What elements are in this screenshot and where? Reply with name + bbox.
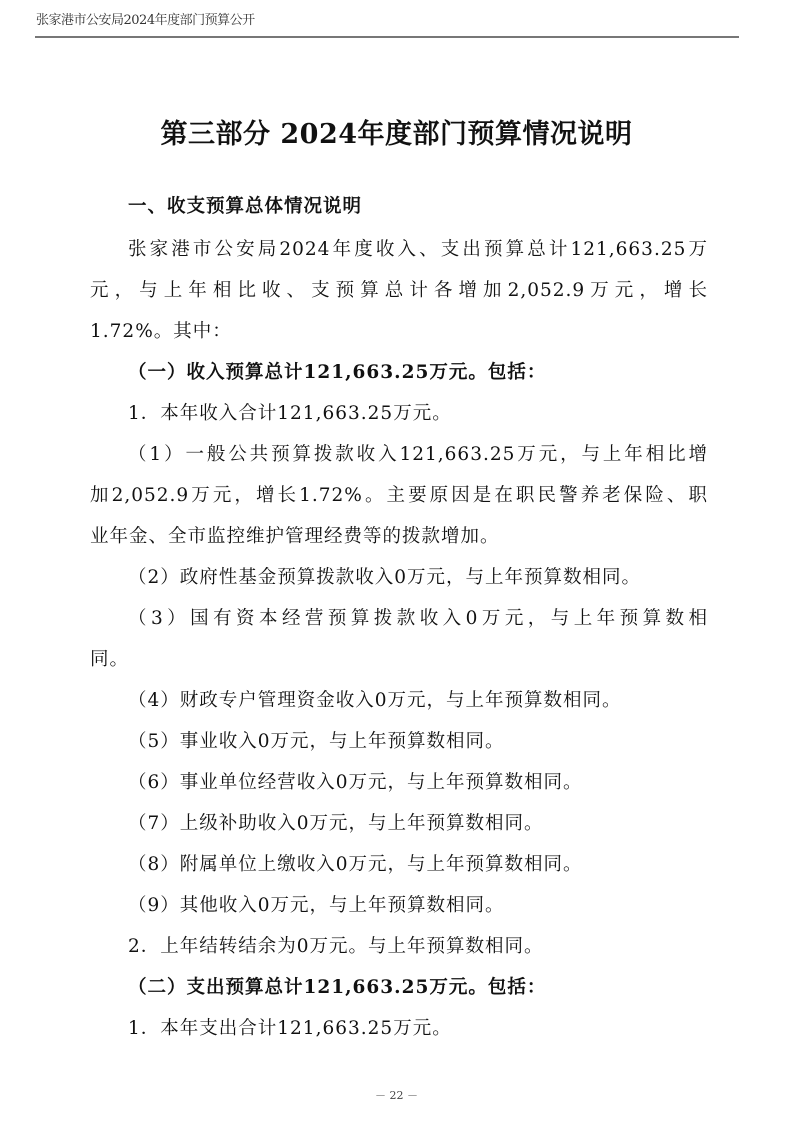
header-divider bbox=[35, 36, 739, 38]
income-sub-2: （2）政府性基金预算拨款收入0万元，与上年预算数相同。 bbox=[128, 563, 746, 589]
expenditure-item-1: 1．本年支出合计121,663.25万元。 bbox=[128, 1014, 746, 1040]
income-item-2: 2．上年结转结余为0万元。与上年预算数相同。 bbox=[128, 932, 746, 958]
page-title: 第三部分 2024年度部门预算情况说明 bbox=[0, 112, 793, 151]
intro-line-2: 元，与上年相比收、支预算总计各增加2,052.9万元，增长 bbox=[90, 276, 708, 302]
income-sub-3-line-2: 同。 bbox=[90, 645, 708, 671]
intro-line-1: 张家港市公安局2024年度收入、支出预算总计121,663.25万 bbox=[128, 235, 708, 261]
income-sub-7: （7）上级补助收入0万元，与上年预算数相同。 bbox=[128, 809, 746, 835]
intro-line-3: 1.72%。其中： bbox=[90, 317, 708, 343]
income-sub-3-line-1: （3）国有资本经营预算拨款收入0万元，与上年预算数相 bbox=[128, 604, 708, 630]
income-heading: （一）收入预算总计121,663.25万元。包括： bbox=[128, 358, 746, 384]
income-sub-1-line-3: 业年金、全市监控维护管理经费等的拨款增加。 bbox=[90, 522, 708, 548]
income-sub-8: （8）附属单位上缴收入0万元，与上年预算数相同。 bbox=[128, 850, 746, 876]
running-header: 张家港市公安局2024年度部门预算公开 bbox=[36, 9, 255, 28]
income-sub-5: （5）事业收入0万元，与上年预算数相同。 bbox=[128, 727, 746, 753]
section-heading: 一、收支预算总体情况说明 bbox=[128, 192, 746, 218]
income-sub-1-line-1: （1）一般公共预算拨款收入121,663.25万元，与上年相比增 bbox=[128, 440, 708, 466]
income-sub-6: （6）事业单位经营收入0万元，与上年预算数相同。 bbox=[128, 768, 746, 794]
income-sub-4: （4）财政专户管理资金收入0万元，与上年预算数相同。 bbox=[128, 686, 746, 712]
income-item-1: 1．本年收入合计121,663.25万元。 bbox=[128, 399, 746, 425]
expenditure-heading: （二）支出预算总计121,663.25万元。包括： bbox=[128, 973, 746, 999]
income-sub-1-line-2: 加2,052.9万元，增长1.72%。主要原因是在职民警养老保险、职 bbox=[90, 481, 708, 507]
page-number: － 22 － bbox=[0, 1087, 793, 1103]
income-sub-9: （9）其他收入0万元，与上年预算数相同。 bbox=[128, 891, 746, 917]
